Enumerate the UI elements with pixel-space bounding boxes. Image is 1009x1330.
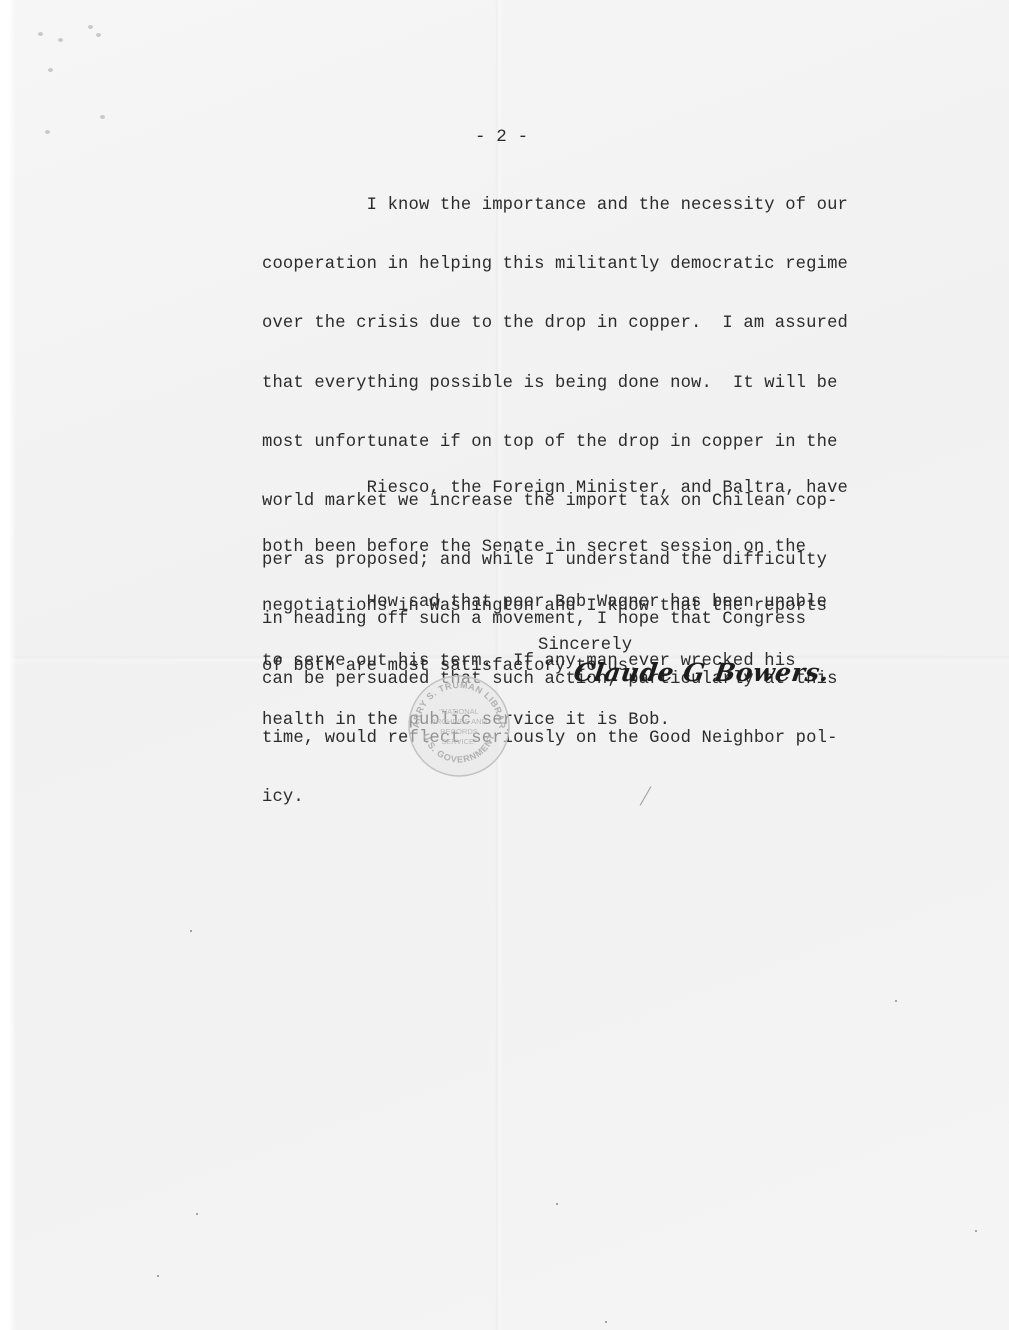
paper-speck <box>975 1230 977 1232</box>
text-line: Riesco, the Foreign Minister, and Baltra… <box>262 478 848 499</box>
stamp-seal-icon: HARRY S. TRUMAN LIBRARY U.S. GOVERNMENT … <box>407 674 511 778</box>
text-line: I know the importance and the necessity … <box>262 195 848 216</box>
letter-page: - 2 - I know the importance and the nece… <box>0 0 1009 1330</box>
svg-text:SERVICE": SERVICE" <box>441 737 477 746</box>
svg-text:"NATIONAL: "NATIONAL <box>439 707 479 716</box>
paper-speck <box>605 1321 607 1323</box>
paper-speck <box>196 1213 198 1215</box>
svg-text:RECORDS: RECORDS <box>440 727 478 736</box>
handwritten-signature: Claude G Bowers. <box>572 658 831 687</box>
archive-stamp: HARRY S. TRUMAN LIBRARY U.S. GOVERNMENT … <box>407 674 511 778</box>
scan-left-edge <box>0 0 16 1330</box>
text-line: over the crisis due to the drop in coppe… <box>262 313 848 334</box>
page-number: - 2 - <box>475 127 528 147</box>
closing-salutation: Sincerely <box>538 635 632 656</box>
paper-speck <box>556 1203 558 1205</box>
paper-speck <box>190 930 192 932</box>
paper-speck <box>157 1275 159 1277</box>
paper-speck <box>895 1000 897 1002</box>
text-line: cooperation in helping this militantly d… <box>262 254 848 275</box>
text-line: How sad that poor Bob Wagner has been un… <box>262 592 827 613</box>
corner-punch-marks <box>30 20 120 140</box>
text-line: icy. <box>262 787 848 808</box>
text-line: health in the public service it is Bob. <box>262 710 827 731</box>
svg-text:ARCHIVES AND: ARCHIVES AND <box>431 717 487 726</box>
text-line: that everything possible is being done n… <box>262 373 848 394</box>
